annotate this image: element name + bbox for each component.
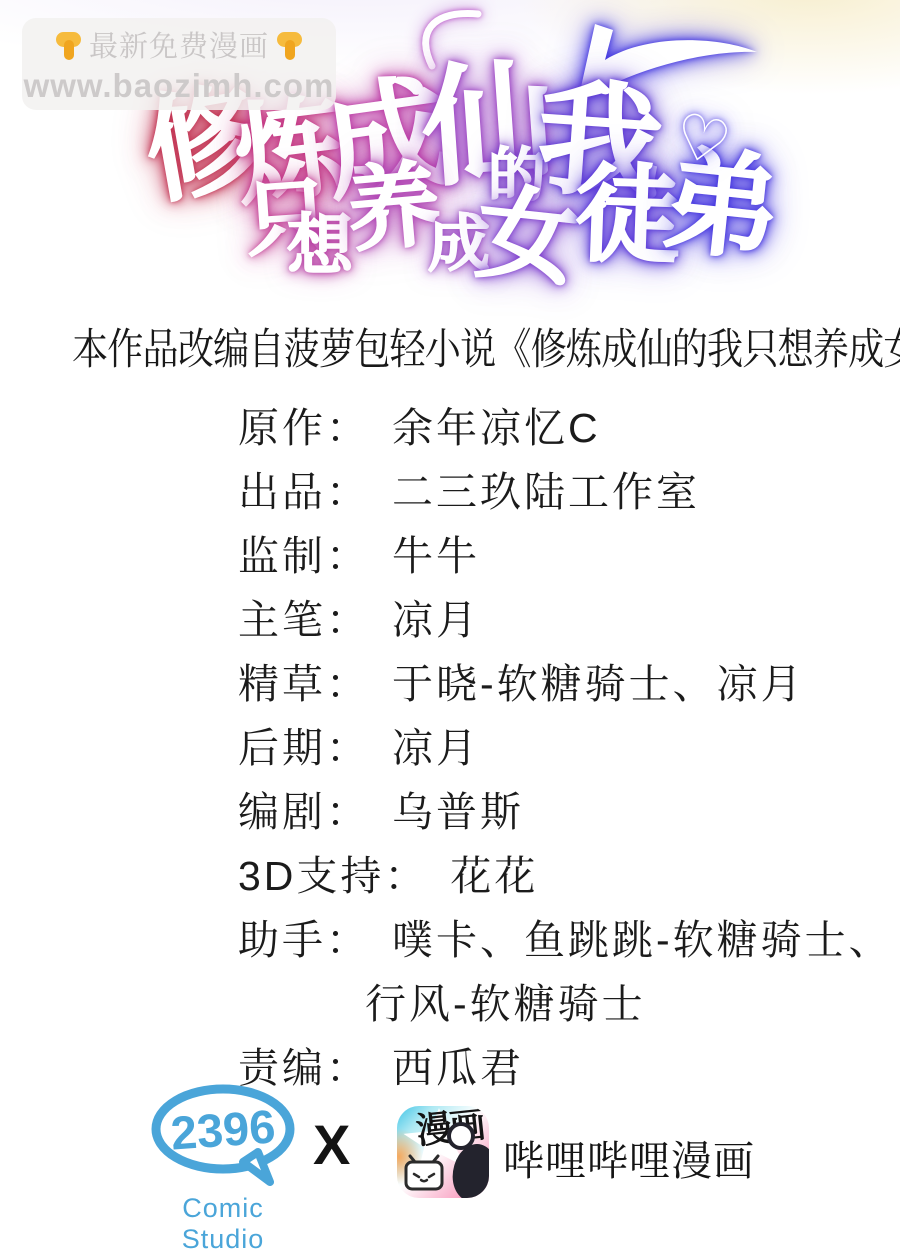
credit-value: 行风-软糖骑士 bbox=[365, 971, 646, 1030]
credit-label: 出品： bbox=[238, 459, 370, 518]
watermark-url: www.baozimh.com bbox=[24, 67, 335, 105]
studio-2396-logo: 2396 Comic Studio bbox=[148, 1084, 298, 1250]
credit-value: 凉月 bbox=[392, 587, 480, 646]
watermark-banner: 最新免费漫画 www.baozimh.com bbox=[22, 18, 336, 110]
collab-x-mark: X bbox=[313, 1112, 350, 1177]
credit-value: 凉月 bbox=[392, 715, 480, 774]
credit-value: 于晓-软糖骑士、凉月 bbox=[392, 651, 805, 710]
bilibili-manga-app-icon: 漫画 bbox=[397, 1106, 489, 1198]
watermark-line1: 最新免费漫画 bbox=[52, 24, 306, 65]
credits-page: 修 炼 成 仙 的 我 只 想 养 成 女 徒 弟 ♡ 最新免费漫画 www.b… bbox=[0, 0, 900, 1250]
partner-name: 哔哩哔哩漫画 bbox=[503, 1128, 755, 1187]
credit-label: 后期： bbox=[238, 715, 370, 774]
credit-row-post-production: 后期： 凉月 bbox=[238, 712, 893, 776]
credit-label: 3D支持： bbox=[238, 843, 428, 902]
credit-label: 精草： bbox=[238, 651, 370, 710]
mascot-fist bbox=[447, 1122, 475, 1150]
credit-row-supervisor: 监制： 牛牛 bbox=[238, 520, 893, 584]
point-down-hand-icon bbox=[277, 29, 302, 60]
studio-number: 2396 bbox=[169, 1099, 277, 1159]
credit-value: 余年凉忆C bbox=[392, 395, 601, 454]
credit-row-producer: 出品： 二三玖陆工作室 bbox=[238, 456, 893, 520]
credit-value: 噗卡、鱼跳跳-软糖骑士、 bbox=[392, 907, 893, 966]
credit-row-lead-artist: 主笔： 凉月 bbox=[238, 584, 893, 648]
title-char: 想 bbox=[287, 212, 353, 278]
speech-bubble-icon: 2396 bbox=[148, 1084, 298, 1186]
credit-row-assistants: 助手： 噗卡、鱼跳跳-软糖骑士、 bbox=[238, 904, 893, 968]
footer-logos: 2396 Comic Studio X 漫画 哔哩哔哩漫画 bbox=[0, 1080, 900, 1250]
credit-row-assistants-cont: 行风-软糖骑士 bbox=[365, 968, 893, 1032]
credit-row-original-author: 原作： 余年凉忆C bbox=[238, 392, 893, 456]
adaptation-note: 本作品改编自菠萝包轻小说《修炼成仙的我只想养成女徒弟》 bbox=[72, 316, 828, 377]
tv-face-icon bbox=[403, 1154, 445, 1192]
credit-label: 助手： bbox=[238, 907, 370, 966]
credit-label: 主笔： bbox=[238, 587, 370, 646]
credit-row-line-art: 精草： 于晓-软糖骑士、凉月 bbox=[238, 648, 893, 712]
point-down-hand-icon bbox=[56, 29, 81, 60]
credit-row-3d-support: 3D支持： 花花 bbox=[238, 840, 893, 904]
watermark-text: 最新免费漫画 bbox=[89, 24, 269, 65]
credit-label: 原作： bbox=[238, 395, 370, 454]
credit-row-screenwriter: 编剧： 乌普斯 bbox=[238, 776, 893, 840]
credit-value: 花花 bbox=[450, 843, 538, 902]
title-char: 女 bbox=[472, 181, 584, 293]
credit-value: 乌普斯 bbox=[392, 779, 524, 838]
credits-list: 原作： 余年凉忆C 出品： 二三玖陆工作室 监制： 牛牛 主笔： 凉月 精草： … bbox=[238, 392, 893, 1096]
credit-label: 编剧： bbox=[238, 779, 370, 838]
studio-caption: Comic Studio bbox=[148, 1193, 298, 1250]
credit-label: 监制： bbox=[238, 523, 370, 582]
credit-value: 二三玖陆工作室 bbox=[392, 459, 700, 518]
credit-value: 牛牛 bbox=[392, 523, 480, 582]
